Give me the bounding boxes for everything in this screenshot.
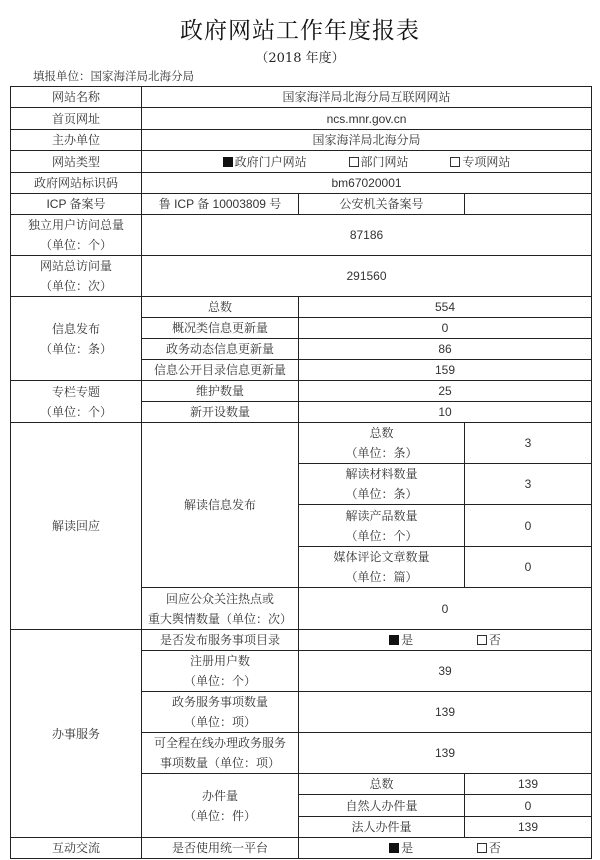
interpret-response-value: 0	[299, 588, 592, 630]
report-year: （2018 年度）	[0, 47, 600, 66]
checkbox-unchecked-icon	[450, 157, 460, 167]
site-name-label: 网站名称	[11, 87, 142, 108]
checkbox-checked-icon	[223, 157, 233, 167]
checkbox-unchecked-icon	[477, 635, 487, 645]
site-name-value: 国家海洋局北海分局互联网网站	[142, 87, 592, 108]
online-items-value: 139	[299, 733, 592, 774]
info-news-value: 86	[299, 339, 592, 360]
row-unique-visitors: 独立用户访问总量（单位：个） 87186	[11, 215, 592, 256]
interpret-products-label: 解读产品数量（单位：个）	[299, 505, 465, 547]
interaction-label: 互动交流	[11, 838, 142, 859]
columns-maintained-label: 维护数量	[142, 381, 299, 402]
icp-label: ICP 备案号	[11, 194, 142, 215]
site-type-option-department[interactable]: 部门网站	[349, 152, 409, 172]
unified-platform-options: 是 否	[299, 838, 592, 859]
interpret-products-value: 0	[465, 505, 592, 547]
checkbox-unchecked-icon	[349, 157, 359, 167]
row-sponsor: 主办单位 国家海洋局北海分局	[11, 130, 592, 151]
handled-natural-value: 0	[465, 795, 592, 817]
row-site-name: 网站名称 国家海洋局北海分局互联网网站	[11, 87, 592, 108]
unique-visitors-value: 87186	[142, 215, 592, 256]
info-overview-label: 概况类信息更新量	[142, 318, 299, 339]
total-visits-label: 网站总访问量（单位：次）	[11, 256, 142, 297]
interpret-materials-label: 解读材料数量（单位：条）	[299, 464, 465, 505]
row-columns-maintained: 专栏专题（单位：个） 维护数量 25	[11, 381, 592, 402]
services-label: 办事服务	[11, 630, 142, 838]
filing-unit: 填报单位：国家海洋局北海分局	[33, 68, 194, 84]
row-icp: ICP 备案号 鲁 ICP 备 10003809 号 公安机关备案号	[11, 194, 592, 215]
info-overview-value: 0	[299, 318, 592, 339]
service-catalog-yes[interactable]: 是	[389, 630, 413, 650]
row-interpret-total: 解读回应 解读信息发布 总数（单位：条） 3	[11, 423, 592, 464]
columns-maintained-value: 25	[299, 381, 592, 402]
police-record-value	[465, 194, 592, 215]
page-title: 政府网站工作年度报表	[0, 12, 600, 45]
handled-total-label: 总数	[299, 774, 465, 795]
row-info-total: 信息发布（单位：条） 总数 554	[11, 297, 592, 318]
unique-visitors-label: 独立用户访问总量（单位：个）	[11, 215, 142, 256]
service-catalog-no[interactable]: 否	[477, 630, 501, 650]
site-type-option-special[interactable]: 专项网站	[450, 152, 510, 172]
interpret-media-label: 媒体评论文章数量（单位：篇）	[299, 547, 465, 588]
handled-legal-value: 139	[465, 817, 592, 838]
info-catalog-value: 159	[299, 360, 592, 381]
total-visits-value: 291560	[142, 256, 592, 297]
interpret-response-label: 回应公众关注热点或重大舆情数量（单位：次）	[142, 588, 299, 630]
service-items-label: 政务服务事项数量（单位：项）	[142, 692, 299, 733]
registered-users-label: 注册用户数（单位：个）	[142, 651, 299, 692]
interpret-publish-label: 解读信息发布	[142, 423, 299, 588]
sponsor-value: 国家海洋局北海分局	[142, 130, 592, 151]
homepage-value: ncs.mnr.gov.cn	[142, 108, 592, 130]
handled-label: 办件量（单位：件）	[142, 774, 299, 838]
homepage-label: 首页网址	[11, 108, 142, 130]
checkbox-unchecked-icon	[477, 843, 487, 853]
unified-platform-yes[interactable]: 是	[389, 838, 413, 858]
row-id-code: 政府网站标识码 bm67020001	[11, 173, 592, 194]
row-homepage: 首页网址 ncs.mnr.gov.cn	[11, 108, 592, 130]
info-total-label: 总数	[142, 297, 299, 318]
columns-new-value: 10	[299, 402, 592, 423]
handled-natural-label: 自然人办件量	[299, 795, 465, 817]
service-catalog-options: 是 否	[299, 630, 592, 651]
row-service-catalog: 办事服务 是否发布服务事项目录 是 否	[11, 630, 592, 651]
id-code-value: bm67020001	[142, 173, 592, 194]
id-code-label: 政府网站标识码	[11, 173, 142, 194]
checkbox-checked-icon	[389, 843, 399, 853]
checkbox-checked-icon	[389, 635, 399, 645]
service-items-value: 139	[299, 692, 592, 733]
interpret-total-value: 3	[465, 423, 592, 464]
sponsor-label: 主办单位	[11, 130, 142, 151]
service-catalog-label: 是否发布服务事项目录	[142, 630, 299, 651]
unified-platform-no[interactable]: 否	[477, 838, 501, 858]
handled-legal-label: 法人办件量	[299, 817, 465, 838]
columns-label: 专栏专题（单位：个）	[11, 381, 142, 423]
row-site-type: 网站类型 政府门户网站 部门网站 专项网站	[11, 151, 592, 173]
filing-unit-value: 国家海洋局北海分局	[91, 69, 195, 83]
site-type-label: 网站类型	[11, 151, 142, 173]
interpret-materials-value: 3	[465, 464, 592, 505]
police-record-label: 公安机关备案号	[299, 194, 465, 215]
interpret-media-value: 0	[465, 547, 592, 588]
handled-total-value: 139	[465, 774, 592, 795]
report-table: 网站名称 国家海洋局北海分局互联网网站 首页网址 ncs.mnr.gov.cn …	[10, 86, 592, 859]
columns-new-label: 新开设数量	[142, 402, 299, 423]
site-type-options: 政府门户网站 部门网站 专项网站	[142, 151, 592, 173]
site-type-option-portal[interactable]: 政府门户网站	[223, 152, 307, 172]
info-news-label: 政务动态信息更新量	[142, 339, 299, 360]
info-publish-label: 信息发布（单位：条）	[11, 297, 142, 381]
unified-platform-label: 是否使用统一平台	[142, 838, 299, 859]
interpret-label: 解读回应	[11, 423, 142, 630]
interpret-total-label: 总数（单位：条）	[299, 423, 465, 464]
row-interaction: 互动交流 是否使用统一平台 是 否	[11, 838, 592, 859]
icp-value: 鲁 ICP 备 10003809 号	[142, 194, 299, 215]
filing-unit-label: 填报单位：	[33, 69, 91, 83]
info-catalog-label: 信息公开目录信息更新量	[142, 360, 299, 381]
info-total-value: 554	[299, 297, 592, 318]
row-total-visits: 网站总访问量（单位：次） 291560	[11, 256, 592, 297]
registered-users-value: 39	[299, 651, 592, 692]
online-items-label: 可全程在线办理政务服务事项数量（单位：项）	[142, 733, 299, 774]
